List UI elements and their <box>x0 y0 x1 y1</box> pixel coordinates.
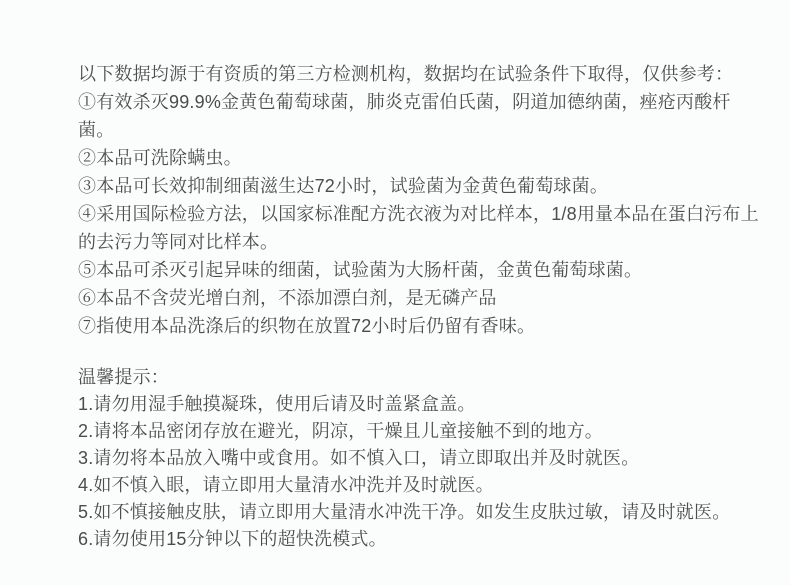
disclaimer-item-6: ⑥本品不含荧光增白剂，不添加漂白剂，是无磷产品 <box>78 284 764 312</box>
disclaimer-item-4: ④采用国际检验方法，以国家标准配方洗衣液为对比样本，1/8用量本品在蛋白污布上的… <box>78 200 764 256</box>
tips-section: 温馨提示： 1.请勿用湿手触摸凝珠，使用后请及时盖紧盒盖。 2.请将本品密闭存放… <box>78 364 764 553</box>
disclaimer-item-7: ⑦指使用本品洗涤后的织物在放置72小时后仍留有香味。 <box>78 312 764 340</box>
tip-item-1: 1.请勿用湿手触摸凝珠，使用后请及时盖紧盒盖。 <box>78 391 764 418</box>
tip-item-4: 4.如不慎入眼，请立即用大量清水冲洗并及时就医。 <box>78 472 764 499</box>
disclaimer-item-1: ①有效杀灭99.9%金黄色葡萄球菌，肺炎克雷伯氏菌，阴道加德纳菌，痤疮丙酸杆菌。 <box>78 88 764 144</box>
tip-item-5: 5.如不慎接触皮肤，请立即用大量清水冲洗干净。如发生皮肤过敏，请及时就医。 <box>78 499 764 526</box>
product-description-page: 以下数据均源于有资质的第三方检测机构，数据均在试验条件下取得，仅供参考： ①有效… <box>0 0 790 585</box>
disclaimer-intro: 以下数据均源于有资质的第三方检测机构，数据均在试验条件下取得，仅供参考： <box>78 60 764 88</box>
disclaimer-item-2: ②本品可洗除螨虫。 <box>78 144 764 172</box>
disclaimer-item-3: ③本品可长效抑制细菌滋生达72小时，试验菌为金黄色葡萄球菌。 <box>78 172 764 200</box>
tips-title: 温馨提示： <box>78 364 764 391</box>
tip-item-6: 6.请勿使用15分钟以下的超快洗模式。 <box>78 526 764 553</box>
tip-item-2: 2.请将本品密闭存放在避光，阴凉，干燥且儿童接触不到的地方。 <box>78 418 764 445</box>
disclaimer-item-5: ⑤本品可杀灭引起异味的细菌，试验菌为大肠杆菌，金黄色葡萄球菌。 <box>78 256 764 284</box>
tip-item-3: 3.请勿将本品放入嘴中或食用。如不慎入口，请立即取出并及时就医。 <box>78 445 764 472</box>
disclaimer-section: 以下数据均源于有资质的第三方检测机构，数据均在试验条件下取得，仅供参考： ①有效… <box>78 60 764 340</box>
